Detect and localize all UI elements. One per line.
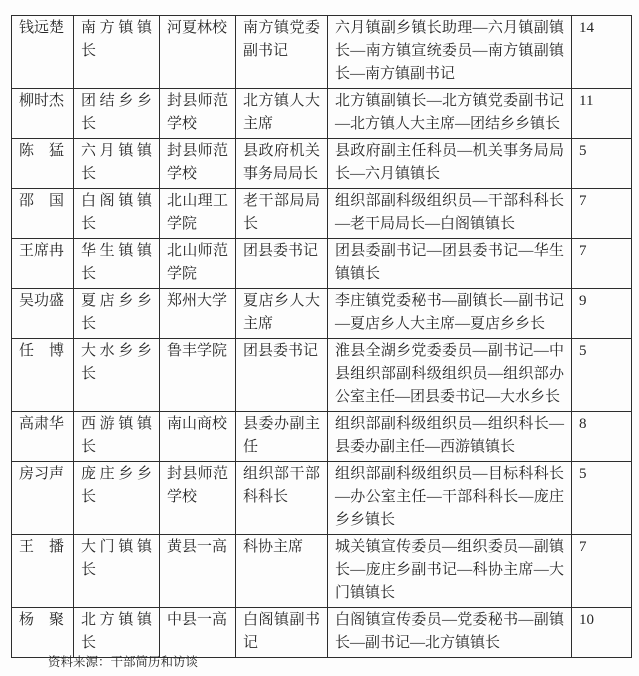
cell-title: 白阁镇副书记 — [236, 608, 328, 658]
cell-title: 科协主席 — [236, 535, 328, 608]
cell-position: 白阁镇镇长 — [74, 189, 160, 239]
cell-count: 5 — [572, 139, 632, 189]
cell-title: 县委办副主任 — [236, 412, 328, 462]
cell-name: 邵 国 — [12, 189, 74, 239]
cell-school: 河夏林校 — [160, 16, 236, 89]
cell-count: 5 — [572, 462, 632, 535]
cell-position: 西游镇镇长 — [74, 412, 160, 462]
cell-career-path: 组织部副科级组织员—目标科科长—办公室主任—干部科科长—庞庄乡乡镇长 — [328, 462, 572, 535]
cell-name: 高肃华 — [12, 412, 74, 462]
source-note: 资料来源：干部简历和访谈 — [48, 654, 198, 670]
table-row: 陈 猛 六月镇镇长 封县师范学校 县政府机关事务局局长 县政府副主任科员—机关事… — [12, 139, 632, 189]
table-row: 钱远楚 南方镇镇长 河夏林校 南方镇党委副书记 六月镇副乡镇长助理—六月镇副镇长… — [12, 16, 632, 89]
cell-career-path: 组织部副科级组织员—干部科科长—老干局局长—白阁镇镇长 — [328, 189, 572, 239]
cell-title: 北方镇人大主席 — [236, 89, 328, 139]
cell-count: 11 — [572, 89, 632, 139]
cell-name: 柳时杰 — [12, 89, 74, 139]
cell-career-path: 团县委副书记—团县委书记—华生镇镇长 — [328, 239, 572, 289]
table-row: 王席冉 华生镇镇长 北山师范学院 团县委书记 团县委副书记—团县委书记—华生镇镇… — [12, 239, 632, 289]
cell-career-path: 李庄镇党委秘书—副镇长—副书记—夏店乡人大主席—夏店乡乡长 — [328, 289, 572, 339]
table-row: 邵 国 白阁镇镇长 北山理工学院 老干部局局长 组织部副科级组织员—干部科科长—… — [12, 189, 632, 239]
cell-school: 鲁丰学院 — [160, 339, 236, 412]
cell-name: 吴功盛 — [12, 289, 74, 339]
cell-school: 北山理工学院 — [160, 189, 236, 239]
cell-position: 六月镇镇长 — [74, 139, 160, 189]
cell-title: 县政府机关事务局局长 — [236, 139, 328, 189]
cell-position: 团结乡乡长 — [74, 89, 160, 139]
cell-count: 14 — [572, 16, 632, 89]
table-row: 杨 聚 北方镇镇长 中县一高 白阁镇副书记 白阁镇宣传委员—党委秘书—副镇长—副… — [12, 608, 632, 658]
cell-career-path: 白阁镇宣传委员—党委秘书—副镇长—副书记—北方镇镇长 — [328, 608, 572, 658]
table-row: 房习声 庞庄乡乡长 封县师范学校 组织部干部科科长 组织部副科级组织员—目标科科… — [12, 462, 632, 535]
cell-title: 老干部局局长 — [236, 189, 328, 239]
cell-school: 封县师范学校 — [160, 89, 236, 139]
cell-name: 房习声 — [12, 462, 74, 535]
cell-count: 7 — [572, 239, 632, 289]
cell-count: 8 — [572, 412, 632, 462]
document-page: 钱远楚 南方镇镇长 河夏林校 南方镇党委副书记 六月镇副乡镇长助理—六月镇副镇长… — [0, 0, 639, 676]
cell-school: 封县师范学校 — [160, 139, 236, 189]
cell-title: 组织部干部科科长 — [236, 462, 328, 535]
cell-school: 中县一高 — [160, 608, 236, 658]
cell-school: 南山商校 — [160, 412, 236, 462]
table-row: 吴功盛 夏店乡乡长 郑州大学 夏店乡人大主席 李庄镇党委秘书—副镇长—副书记—夏… — [12, 289, 632, 339]
cell-position: 夏店乡乡长 — [74, 289, 160, 339]
cell-name: 任 博 — [12, 339, 74, 412]
cell-title: 夏店乡人大主席 — [236, 289, 328, 339]
table-row: 柳时杰 团结乡乡长 封县师范学校 北方镇人大主席 北方镇副镇长—北方镇党委副书记… — [12, 89, 632, 139]
cell-count: 7 — [572, 535, 632, 608]
cell-school: 郑州大学 — [160, 289, 236, 339]
cell-title: 南方镇党委副书记 — [236, 16, 328, 89]
cell-school: 黄县一高 — [160, 535, 236, 608]
cell-career-path: 六月镇副乡镇长助理—六月镇副镇长—南方镇宣统委员—南方镇副镇长—南方镇副书记 — [328, 16, 572, 89]
cell-career-path: 组织部副科级组织员—组织科长—县委办副主任—西游镇镇长 — [328, 412, 572, 462]
cell-career-path: 县政府副主任科员—机关事务局局长—六月镇镇长 — [328, 139, 572, 189]
cell-position: 大水乡乡长 — [74, 339, 160, 412]
cell-career-path: 城关镇宣传委员—组织委员—副镇长—庞庄乡副书记—科协主席—大门镇镇长 — [328, 535, 572, 608]
cell-career-path: 淮县全湖乡党委委员—副书记—中县组织部副科级组织员—组织部办公室主任—团县委书记… — [328, 339, 572, 412]
cell-position: 南方镇镇长 — [74, 16, 160, 89]
cell-name: 钱远楚 — [12, 16, 74, 89]
cell-school: 北山师范学院 — [160, 239, 236, 289]
table-row: 任 博 大水乡乡长 鲁丰学院 团县委书记 淮县全湖乡党委委员—副书记—中县组织部… — [12, 339, 632, 412]
cadre-table: 钱远楚 南方镇镇长 河夏林校 南方镇党委副书记 六月镇副乡镇长助理—六月镇副镇长… — [11, 15, 632, 658]
cell-name: 王席冉 — [12, 239, 74, 289]
cell-name: 杨 聚 — [12, 608, 74, 658]
cell-title: 团县委书记 — [236, 339, 328, 412]
table-row: 王 播 大门镇镇长 黄县一高 科协主席 城关镇宣传委员—组织委员—副镇长—庞庄乡… — [12, 535, 632, 608]
cell-count: 5 — [572, 339, 632, 412]
cell-count: 7 — [572, 189, 632, 239]
cell-position: 北方镇镇长 — [74, 608, 160, 658]
cell-name: 王 播 — [12, 535, 74, 608]
cell-count: 10 — [572, 608, 632, 658]
table-row: 高肃华 西游镇镇长 南山商校 县委办副主任 组织部副科级组织员—组织科长—县委办… — [12, 412, 632, 462]
cell-career-path: 北方镇副镇长—北方镇党委副书记—北方镇人大主席—团结乡乡镇长 — [328, 89, 572, 139]
cell-position: 华生镇镇长 — [74, 239, 160, 289]
cell-count: 9 — [572, 289, 632, 339]
cell-title: 团县委书记 — [236, 239, 328, 289]
cell-position: 庞庄乡乡长 — [74, 462, 160, 535]
cell-position: 大门镇镇长 — [74, 535, 160, 608]
cell-school: 封县师范学校 — [160, 462, 236, 535]
cell-name: 陈 猛 — [12, 139, 74, 189]
